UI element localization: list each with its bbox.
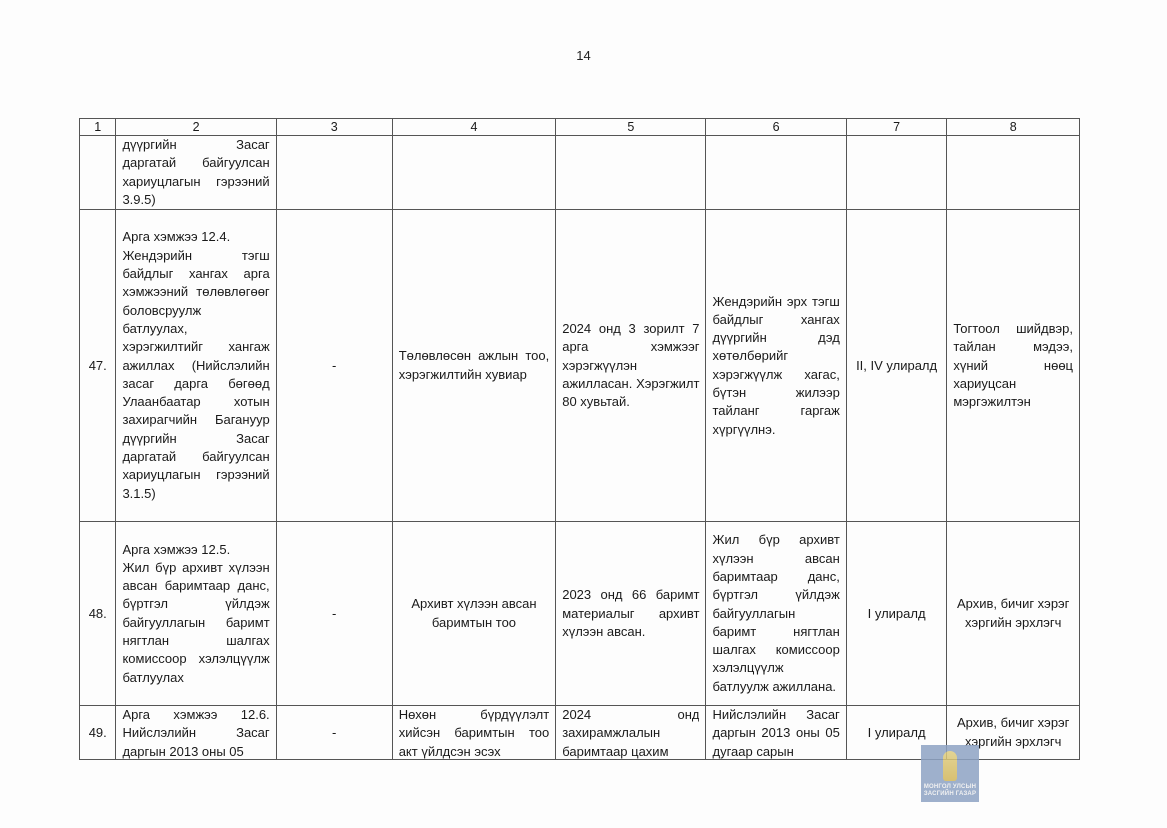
cell-timeline	[846, 136, 947, 210]
table-row-continuation: дүүргийн Засаг даргатай байгуулсан хариу…	[80, 136, 1080, 210]
soyombo-emblem-icon	[943, 751, 957, 781]
cell-number: 48.	[80, 522, 116, 706]
column-header: 1	[80, 119, 116, 136]
cell-target	[706, 136, 846, 210]
table-row: 47. Арга хэмжээ 12.4. Жендэрийн тэгш бай…	[80, 210, 1080, 522]
cell-activity: Арга хэмжээ 12.4. Жендэрийн тэгш байдлыг…	[116, 210, 276, 522]
cell-baseline: 2024 онд 3 зорилт 7 арга хэмжээг хэрэгжү…	[556, 210, 706, 522]
page-number: 14	[0, 48, 1167, 63]
column-header: 2	[116, 119, 276, 136]
cell-responsible	[947, 136, 1080, 210]
column-header: 3	[276, 119, 392, 136]
column-header: 7	[846, 119, 947, 136]
watermark-text: МОНГОЛ УЛСЫН ЗАСГИЙН ГАЗАР	[921, 784, 979, 798]
cell-responsible: Архив, бичиг хэрэг хэргийн эрхлэгч	[947, 522, 1080, 706]
table-header-row: 1 2 3 4 5 6 7 8	[80, 119, 1080, 136]
cell-number	[80, 136, 116, 210]
cell-indicator-text: Нөхөн бүрдүүлэлт хийсэн баримтын тоо акт…	[399, 706, 550, 759]
column-header: 5	[556, 119, 706, 136]
action-plan-table: 1 2 3 4 5 6 7 8 дүүргийн Засаг даргатай …	[79, 118, 1080, 760]
cell-timeline: I улиралд	[846, 522, 947, 706]
column-header: 4	[392, 119, 556, 136]
cell-indicator: Архивт хүлээн авсан баримтын тоо	[392, 522, 556, 706]
cell-number: 49.	[80, 706, 116, 760]
column-header: 8	[947, 119, 1080, 136]
cell-baseline	[556, 136, 706, 210]
cell-number: 47.	[80, 210, 116, 522]
table-row: 48. Арга хэмжээ 12.5. Жил бүр архивт хүл…	[80, 522, 1080, 706]
cell-responsible: Тогтоол шийдвэр, тайлан мэдээ, хүний нөө…	[947, 210, 1080, 522]
cell-activity: Арга хэмжээ 12.5. Жил бүр архивт хүлээн …	[116, 522, 276, 706]
cell-col3: -	[276, 706, 392, 760]
cell-activity: Арга хэмжээ 12.6. Нийслэлийн Засаг даргы…	[116, 706, 276, 760]
column-header: 6	[706, 119, 846, 136]
government-watermark-logo: МОНГОЛ УЛСЫН ЗАСГИЙН ГАЗАР	[921, 745, 979, 802]
cell-indicator: Нөхөн бүрдүүлэлт хийсэн баримтын тоо акт…	[392, 706, 556, 760]
cell-col3: -	[276, 210, 392, 522]
cell-target-text: Нийслэлийн Засаг даргын 2013 оны 05 дуга…	[712, 706, 839, 759]
cell-target: Жил бүр архивт хүлээн авсан баримтаар да…	[706, 522, 846, 706]
cell-target: Жендэрийн эрх тэгш байдлыг хангах дүүрги…	[706, 210, 846, 522]
cell-baseline: 2023 онд 66 баримт материалыг архивт хүл…	[556, 522, 706, 706]
cell-baseline-text: 2024 онд захирамжлалын баримтаар цахим	[562, 706, 699, 759]
cell-activity: дүүргийн Засаг даргатай байгуулсан хариу…	[116, 136, 276, 210]
cell-timeline: II, IV улиралд	[846, 210, 947, 522]
cell-indicator: Төлөвлөсөн ажлын тоо, хэрэгжилтийн хувиа…	[392, 210, 556, 522]
cell-indicator	[392, 136, 556, 210]
cell-baseline: 2024 онд захирамжлалын баримтаар цахим	[556, 706, 706, 760]
cell-col3	[276, 136, 392, 210]
cell-col3: -	[276, 522, 392, 706]
cell-activity-text: Арга хэмжээ 12.6. Нийслэлийн Засаг даргы…	[122, 706, 269, 759]
cell-target: Нийслэлийн Засаг даргын 2013 оны 05 дуга…	[706, 706, 846, 760]
